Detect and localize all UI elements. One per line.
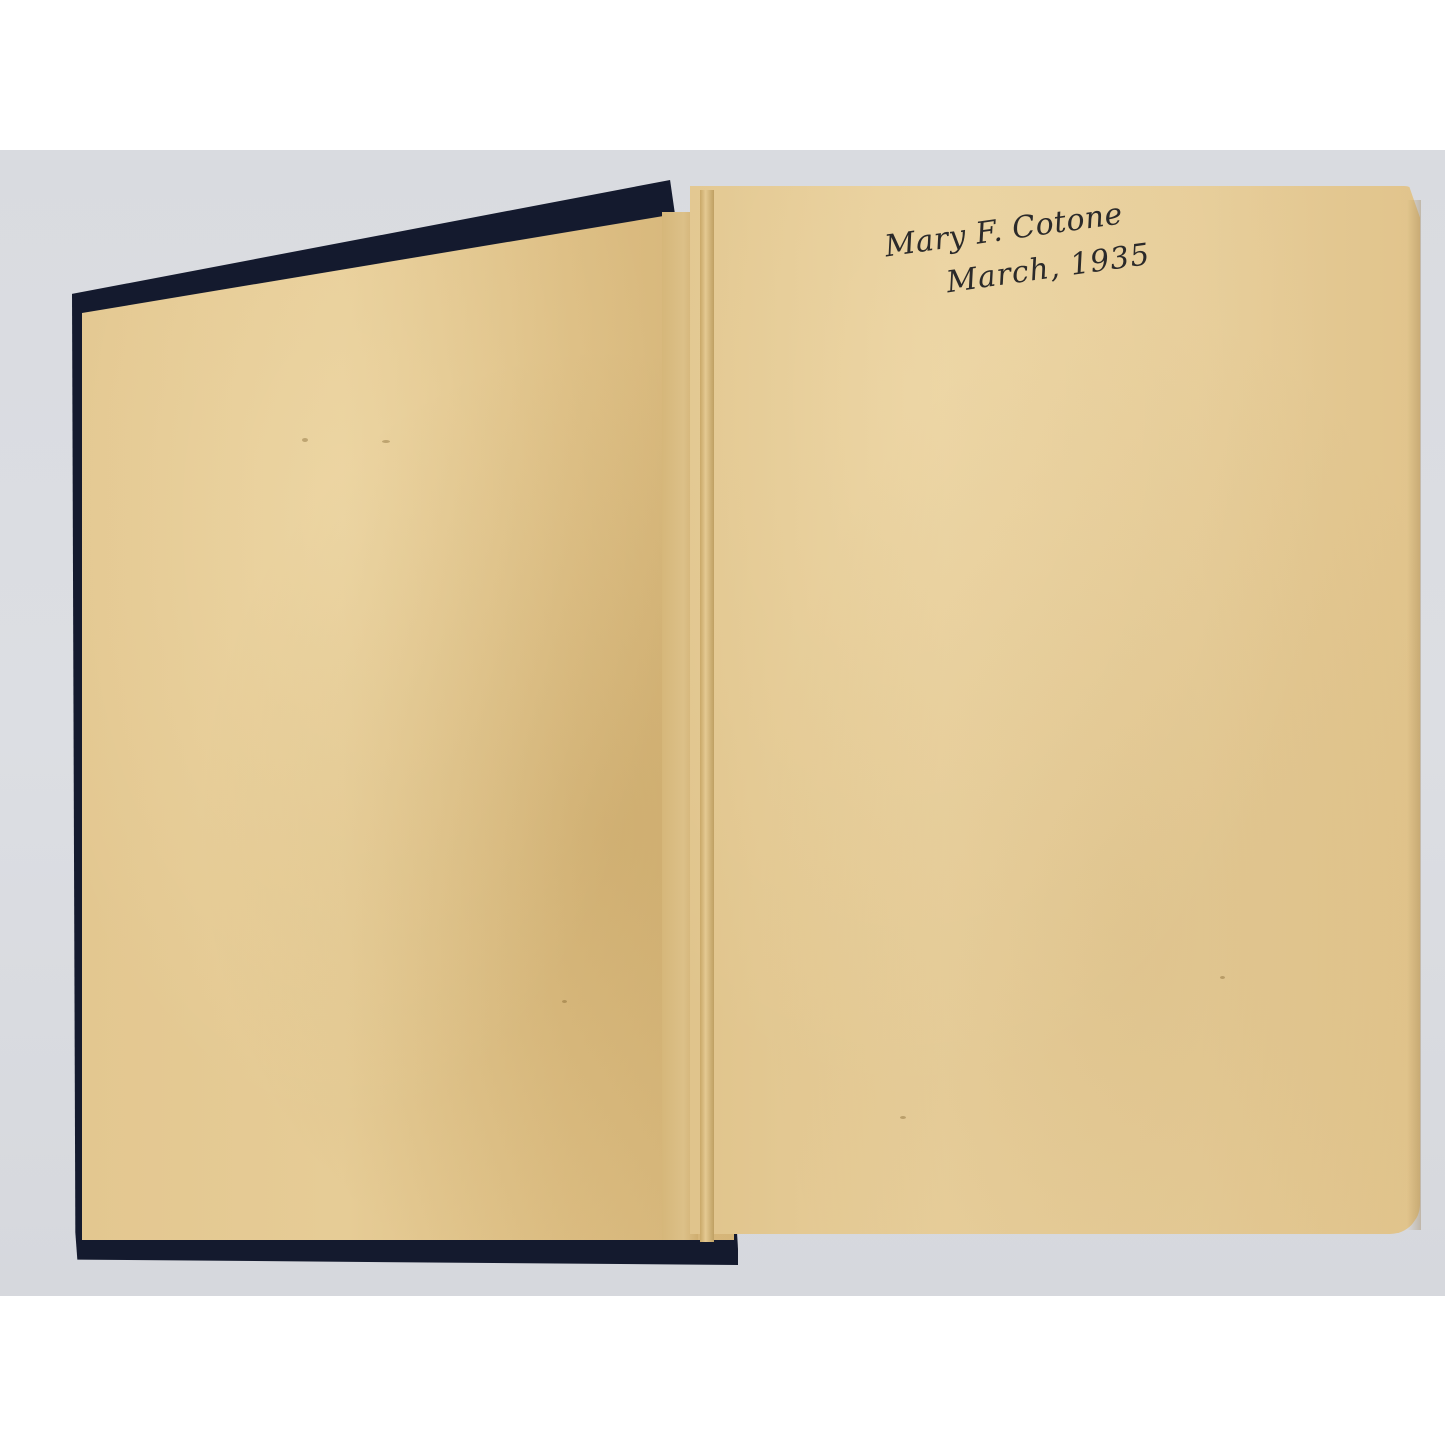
foxing-spot bbox=[1220, 976, 1225, 979]
foxing-spot bbox=[562, 1000, 567, 1003]
book-photo: Mary F. Cotone March, 1935 bbox=[0, 150, 1445, 1296]
foxing-spot bbox=[900, 1116, 906, 1119]
foxing-spot bbox=[302, 438, 308, 442]
book-gutter bbox=[700, 190, 714, 1242]
image-frame: Mary F. Cotone March, 1935 bbox=[0, 0, 1445, 1445]
right-endpaper bbox=[690, 186, 1420, 1234]
page-edge-shadow bbox=[1407, 200, 1421, 1230]
left-endpaper bbox=[82, 210, 734, 1240]
foxing-spot bbox=[382, 440, 390, 443]
